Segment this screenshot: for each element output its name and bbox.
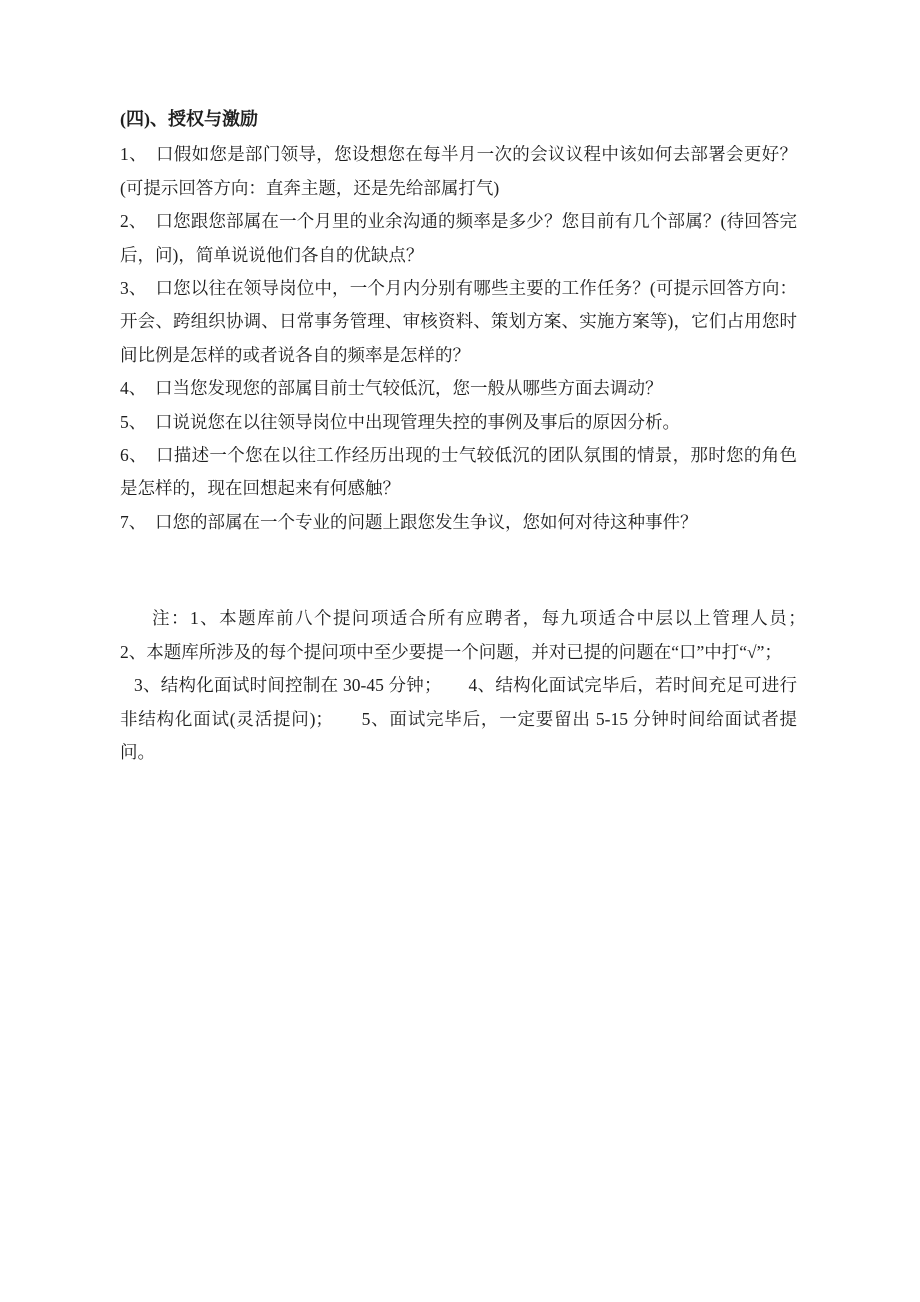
question-item-4: 4、 口当您发现您的部属目前士气较低沉，您一般从哪些方面去调动？ [120, 372, 797, 405]
question-item-2: 2、 口您跟您部属在一个月里的业余沟通的频率是多少？您目前有几个部属？(待回答完… [120, 205, 797, 272]
note-paragraph-2: 3、结构化面试时间控制在 30-45 分钟； 4、结构化面试完毕后，若时间充足可… [120, 669, 797, 769]
note-paragraph-1: 注：1、本题库前八个提问项适合所有应聘者，每九项适合中层以上管理人员； 2、本题… [120, 602, 797, 669]
question-item-3: 3、 口您以往在领导岗位中，一个月内分别有哪些主要的工作任务？(可提示回答方向：… [120, 272, 797, 372]
question-item-1: 1、 口假如您是部门领导，您设想您在每半月一次的会议议程中该如何去部署会更好？(… [120, 138, 797, 205]
question-item-6: 6、 口描述一个您在以往工作经历出现的士气较低沉的团队氛围的情景，那时您的角色是… [120, 439, 797, 506]
notes-section: 注：1、本题库前八个提问项适合所有应聘者，每九项适合中层以上管理人员； 2、本题… [120, 602, 797, 769]
question-item-5: 5、 口说说您在以往领导岗位中出现管理失控的事例及事后的原因分析。 [120, 406, 797, 439]
document-page: (四)、授权与激励 1、 口假如您是部门领导，您设想您在每半月一次的会议议程中该… [0, 0, 920, 1302]
document-content: (四)、授权与激励 1、 口假如您是部门领导，您设想您在每半月一次的会议议程中该… [120, 103, 797, 769]
question-item-7: 7、 口您的部属在一个专业的问题上跟您发生争议，您如何对待这种事件？ [120, 506, 797, 539]
section-title: (四)、授权与激励 [120, 103, 797, 136]
